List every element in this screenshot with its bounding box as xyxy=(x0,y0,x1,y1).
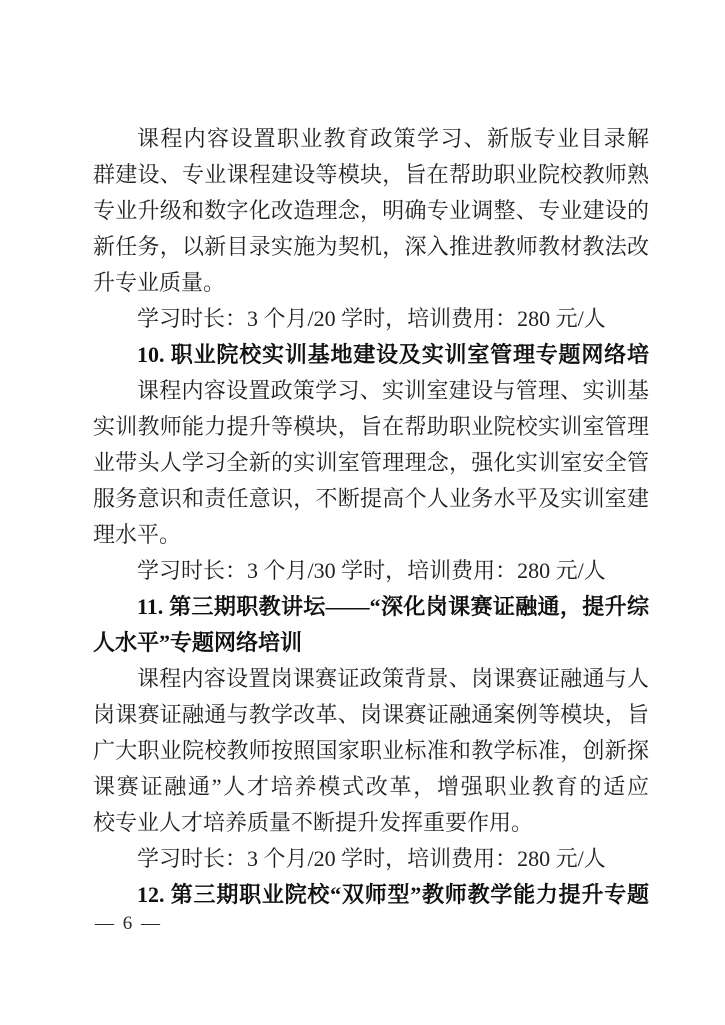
text-line: 课赛证融通”人才培养模式改革，增强职业教育的适应性，为学 xyxy=(93,769,649,805)
text-line: 课程内容设置政策学习、实训室建设与管理、实训基地建设、 xyxy=(93,373,649,409)
text-line: 学习时长：3 个月/20 学时，培训费用：280 元/人 xyxy=(93,301,649,337)
text-line: 学习时长：3 个月/20 学时，培训费用：280 元/人 xyxy=(93,841,649,877)
heading-line: 11. 第三期职教讲坛——“深化岗课赛证融通，提升综合育 xyxy=(93,589,649,625)
text-line: 学习时长：3 个月/30 学时，培训费用：280 元/人 xyxy=(93,553,649,589)
document-body: 课程内容设置职业教育政策学习、新版专业目录解读、专业群建设、专业课程建设等模块，… xyxy=(93,121,649,913)
text-line: 专业升级和数字化改造理念，明确专业调整、专业建设的新要求、 xyxy=(93,193,649,229)
text-line: 群建设、专业课程建设等模块，旨在帮助职业院校教师熟悉了解 xyxy=(93,157,649,193)
document-page: 课程内容设置职业教育政策学习、新版专业目录解读、专业群建设、专业课程建设等模块，… xyxy=(0,0,725,1025)
text-line: 新任务，以新目录实施为契机，深入推进教师教材教法改革，提 xyxy=(93,229,649,265)
text-line: 服务意识和责任意识，不断提高个人业务水平及实训室建设与管 xyxy=(93,481,649,517)
text-line: 业带头人学习全新的实训室管理理念，强化实训室安全管理意识、 xyxy=(93,445,649,481)
text-line: 广大职业院校教师按照国家职业标准和教学标准，创新探索“岗 xyxy=(93,733,649,769)
text-line: 课程内容设置职业教育政策学习、新版专业目录解读、专业 xyxy=(93,121,649,157)
text-line: 理水平。 xyxy=(93,517,649,553)
text-line: 课程内容设置岗课赛证政策背景、岗课赛证融通与人才培养、 xyxy=(93,661,649,697)
text-line: 校专业人才培养质量不断提升发挥重要作用。 xyxy=(93,805,649,841)
text-line: 升专业质量。 xyxy=(93,265,649,301)
page-number: — 6 — xyxy=(95,913,162,935)
heading-line: 人水平”专题网络培训 xyxy=(93,625,649,661)
heading-line: 10. 职业院校实训基地建设及实训室管理专题网络培训 xyxy=(93,337,649,373)
heading-line: 12. 第三期职业院校“双师型”教师教学能力提升专题网络 xyxy=(93,877,649,913)
text-line: 实训教师能力提升等模块，旨在帮助职业院校实训室管理者、专 xyxy=(93,409,649,445)
text-line: 岗课赛证融通与教学改革、岗课赛证融通案例等模块，旨在引导 xyxy=(93,697,649,733)
